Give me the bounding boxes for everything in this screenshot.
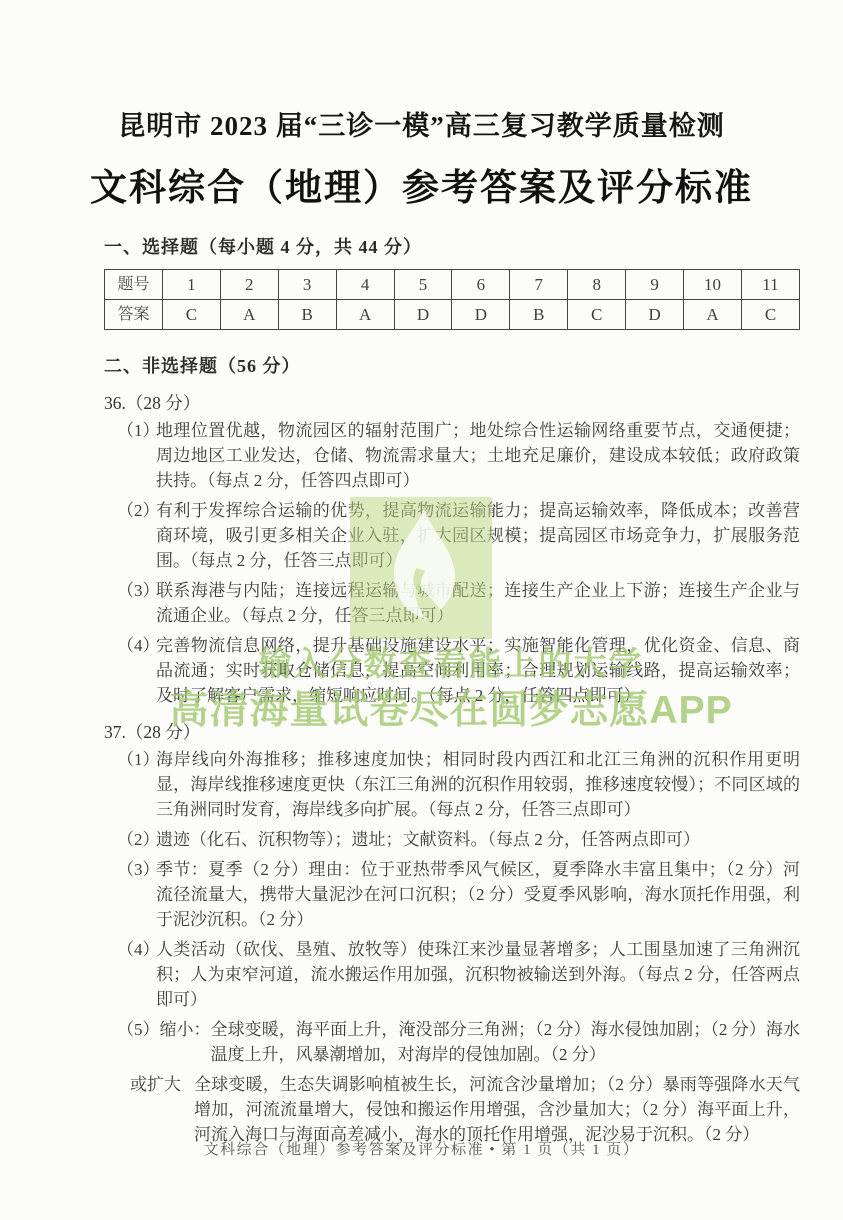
- answer-item-5-alt-text: 全球变暖，生态失调影响植被生长，河流含沙量增加；（2 分）暴雨等强降水天气增加，…: [194, 1072, 800, 1147]
- answer-item-label: （4）: [117, 937, 160, 962]
- section-choice-heading: 一、选择题（每小题 4 分，共 44 分）: [104, 235, 800, 260]
- answer-item: （2）有利于发挥综合运输的优势，提高物流运输能力；提高运输效率，降低成本；改善营…: [104, 498, 800, 573]
- answer-item: （3）联系海港与内陆；连接远程运输与城市配送；连接生产企业上下游；连接生产企业与…: [104, 578, 800, 628]
- answer-item-label: （2）: [117, 498, 160, 523]
- question-number-cell: 6: [452, 270, 510, 300]
- answer-item-text: 有利于发挥综合运输的优势，提高物流运输能力；提高运输效率，降低成本；改善营商环境…: [156, 501, 800, 570]
- question-number-cell: 3: [278, 270, 336, 300]
- answer-item-text: 海岸线向外海推移；推移速度加快；相同时段内西江和北江三角洲的沉积作用更明显，海岸…: [156, 750, 800, 819]
- question-number-cell: 1: [162, 270, 220, 300]
- answer-item-text: 季节：夏季（2 分）理由：位于亚热带季风气候区，夏季降水丰富且集中；（2 分）河…: [156, 860, 800, 929]
- answer-item-label: （3）: [117, 857, 160, 882]
- answer-item-5-alternative: 或扩大 全球变暖，生态失调影响植被生长，河流含沙量增加；（2 分）暴雨等强降水天…: [104, 1072, 800, 1147]
- question-37-number: 37.（28 分）: [104, 720, 800, 745]
- answer-cell: B: [510, 300, 568, 330]
- answer-cell: D: [394, 300, 452, 330]
- question-number-row-header: 题号: [105, 270, 163, 300]
- question-36-answers: （1）地理位置优越，物流园区的辐射范围广；地处综合性运输网络重要节点，交通便捷；…: [104, 418, 800, 708]
- answer-table: 题号 1234567891011 答案 CABADDBCDAC: [104, 269, 800, 330]
- question-number-cell: 8: [568, 270, 626, 300]
- answer-cell: A: [336, 300, 394, 330]
- answer-item-text: 人类活动（砍伐、垦殖、放牧等）使珠江来沙量显著增多；人工围垦加速了三角洲沉积；人…: [156, 940, 800, 1009]
- answer-item-label: （3）: [117, 578, 160, 603]
- answer-item: （2）遗迹（化石、沉积物等）；遗址；文献资料。（每点 2 分，任答两点即可）: [104, 827, 800, 852]
- answer-cell: D: [452, 300, 510, 330]
- question-number-cell: 4: [336, 270, 394, 300]
- answer-item-5-text: 全球变暖，海平面上升，淹没部分三角洲；（2 分）海水侵蚀加剧；（2 分）海水温度…: [211, 1017, 801, 1067]
- document-body: 一、选择题（每小题 4 分，共 44 分） 题号 1234567891011 答…: [104, 235, 800, 1147]
- page-footer: 文科综合（地理）参考答案及评分标准 • 第 1 页（共 1 页）: [0, 1138, 843, 1159]
- answer-item: （4）人类活动（砍伐、垦殖、放牧等）使珠江来沙量显著增多；人工围垦加速了三角洲沉…: [104, 937, 800, 1012]
- answer-item-5-alt-label: 或扩大: [130, 1072, 194, 1147]
- answer-item-5: （5）缩小： 全球变暖，海平面上升，淹没部分三角洲；（2 分）海水侵蚀加剧；（2…: [104, 1017, 800, 1067]
- answer-cell: C: [162, 300, 220, 330]
- answer-item-label: （4）: [117, 633, 160, 658]
- answer-cell: A: [220, 300, 278, 330]
- answer-item-label: （1）: [117, 747, 160, 772]
- answer-item: （3）季节：夏季（2 分）理由：位于亚热带季风气候区，夏季降水丰富且集中；（2 …: [104, 857, 800, 932]
- question-36-number: 36.（28 分）: [104, 391, 800, 416]
- answer-cell: A: [684, 300, 742, 330]
- question-number-cell: 9: [626, 270, 684, 300]
- question-number-row: 题号 1234567891011: [105, 270, 800, 300]
- question-number-cell: 10: [684, 270, 742, 300]
- answer-item: （1）海岸线向外海推移；推移速度加快；相同时段内西江和北江三角洲的沉积作用更明显…: [104, 747, 800, 822]
- answer-row: 答案 CABADDBCDAC: [105, 300, 800, 330]
- answer-item: （4）完善物流信息网络，提升基础设施建设水平；实施智能化管理，优化资金、信息、商…: [104, 633, 800, 708]
- answer-item-label: （1）: [117, 418, 160, 443]
- answer-cell: C: [741, 300, 799, 330]
- question-number-cell: 11: [741, 270, 799, 300]
- answer-row-header: 答案: [105, 300, 163, 330]
- answer-item-5-label: （5）缩小：: [104, 1017, 211, 1067]
- answer-item-text: 联系海港与内陆；连接远程运输与城市配送；连接生产企业上下游；连接生产企业与流通企…: [156, 581, 800, 625]
- answer-cell: B: [278, 300, 336, 330]
- answer-item-text: 完善物流信息网络，提升基础设施建设水平；实施智能化管理，优化资金、信息、商品流通…: [156, 636, 800, 705]
- question-number-cell: 2: [220, 270, 278, 300]
- answer-item-text: 地理位置优越，物流园区的辐射范围广；地处综合性运输网络重要节点，交通便捷；周边地…: [156, 421, 800, 490]
- question-number-cell: 5: [394, 270, 452, 300]
- answer-cell: D: [626, 300, 684, 330]
- document-title-line2: 文科综合（地理）参考答案及评分标准: [0, 157, 843, 211]
- answer-cell: C: [568, 300, 626, 330]
- question-number-cell: 7: [510, 270, 568, 300]
- section-free-heading: 二、非选择题（56 分）: [104, 354, 800, 379]
- document-title-line1: 昆明市 2023 届“三诊一模”高三复习教学质量检测: [0, 0, 843, 143]
- document-page: 昆明市 2023 届“三诊一模”高三复习教学质量检测 文科综合（地理）参考答案及…: [0, 0, 843, 1220]
- question-37-answers: （1）海岸线向外海推移；推移速度加快；相同时段内西江和北江三角洲的沉积作用更明显…: [104, 747, 800, 1012]
- answer-item-label: （2）: [117, 827, 160, 852]
- answer-item-text: 遗迹（化石、沉积物等）；遗址；文献资料。（每点 2 分，任答两点即可）: [156, 830, 700, 849]
- answer-item: （1）地理位置优越，物流园区的辐射范围广；地处综合性运输网络重要节点，交通便捷；…: [104, 418, 800, 493]
